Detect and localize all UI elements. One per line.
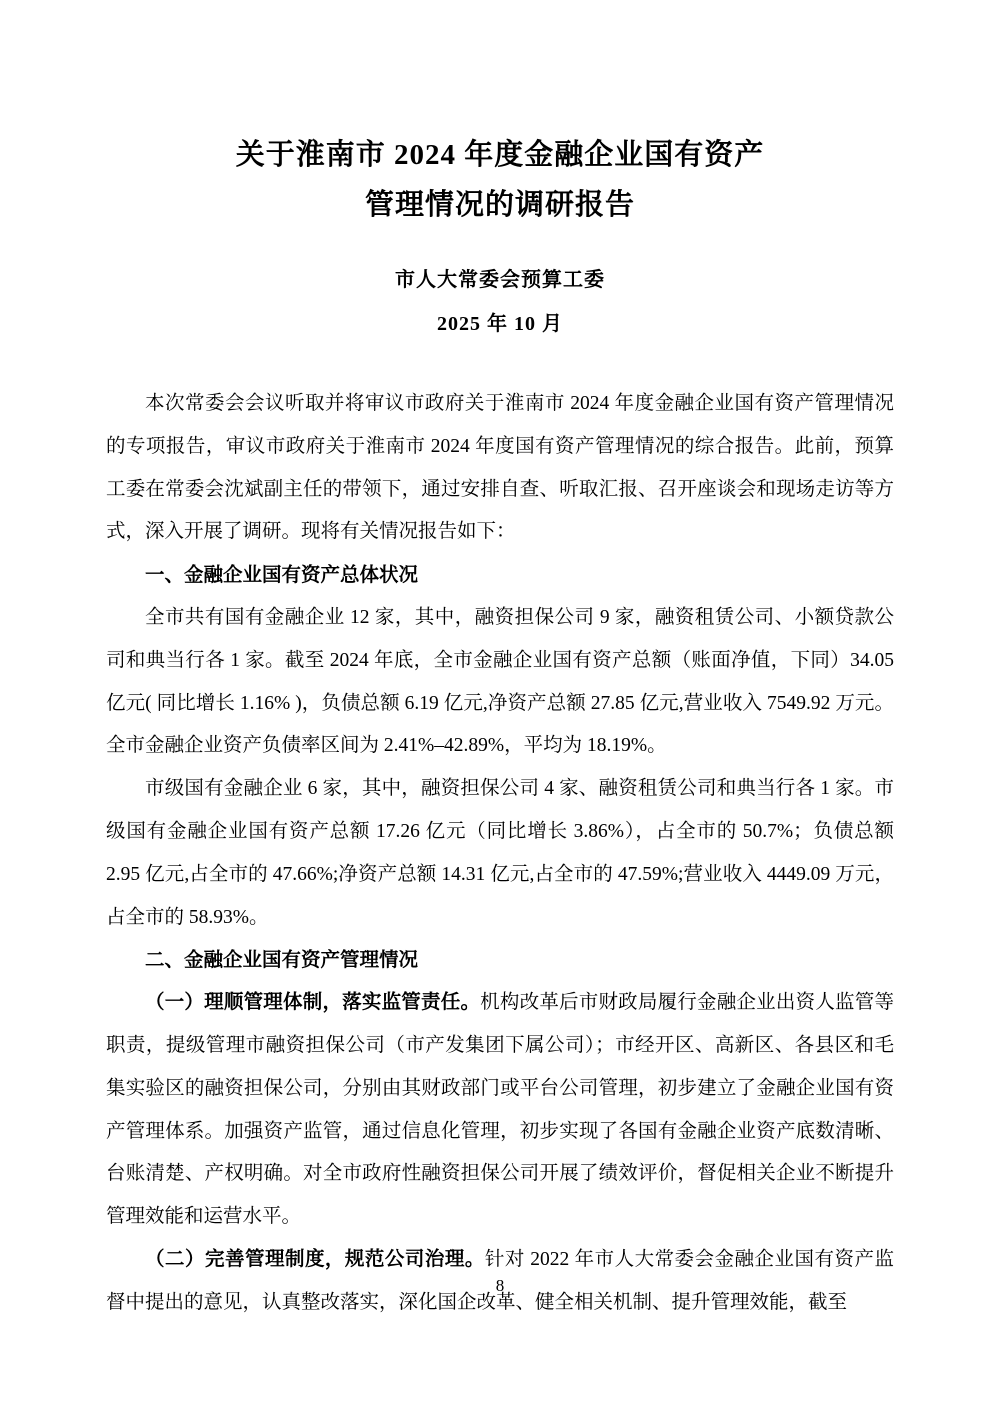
section-1-heading: 一、金融企业国有资产总体状况	[106, 554, 894, 597]
document-title: 关于淮南市 2024 年度金融企业国有资产 管理情况的调研报告	[106, 130, 894, 230]
page-number: 8	[0, 1276, 1000, 1296]
title-line-2: 管理情况的调研报告	[106, 180, 894, 230]
author-line: 市人大常委会预算工委	[106, 263, 894, 292]
document-content: 关于淮南市 2024 年度金融企业国有资产 管理情况的调研报告 市人大常委会预算…	[106, 130, 894, 1325]
citywide-overview-paragraph: 全市共有国有金融企业 12 家，其中，融资担保公司 9 家，融资租赁公司、小额贷…	[106, 597, 894, 768]
item-2-lead: （二）完善管理制度，规范公司治理。	[145, 1249, 485, 1270]
municipal-level-paragraph: 市级国有金融企业 6 家，其中，融资担保公司 4 家、融资租赁公司和典当行各 1…	[106, 768, 894, 939]
item-1-text: 机构改革后市财政局履行金融企业出资人监管等职责，提级管理市融资担保公司（市产发集…	[106, 992, 894, 1227]
section-2-heading: 二、金融企业国有资产管理情况	[106, 939, 894, 982]
document-page: 关于淮南市 2024 年度金融企业国有资产 管理情况的调研报告 市人大常委会预算…	[0, 0, 1000, 1415]
intro-paragraph: 本次常委会会议听取并将审议市政府关于淮南市 2024 年度金融企业国有资产管理情…	[106, 383, 894, 554]
date-line: 2025 年 10 月	[106, 307, 894, 336]
management-item-1-paragraph: （一）理顺管理体制，落实监管责任。机构改革后市财政局履行金融企业出资人监管等职责…	[106, 982, 894, 1239]
item-1-lead: （一）理顺管理体制，落实监管责任。	[145, 992, 480, 1013]
document-body: 本次常委会会议听取并将审议市政府关于淮南市 2024 年度金融企业国有资产管理情…	[106, 383, 894, 1325]
title-line-1: 关于淮南市 2024 年度金融企业国有资产	[106, 130, 894, 180]
